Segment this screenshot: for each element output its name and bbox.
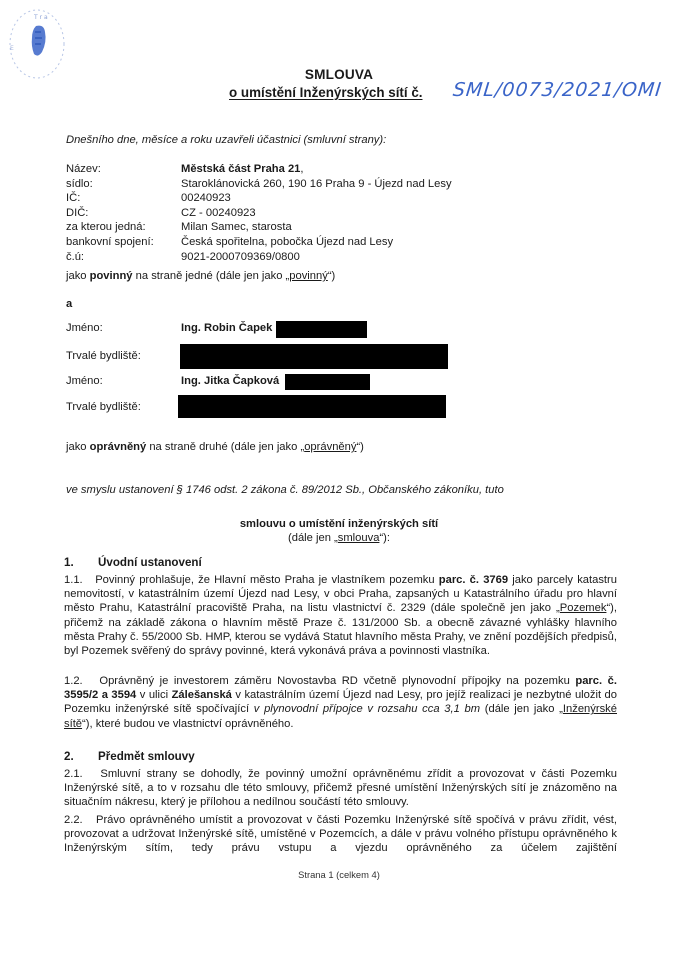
person-1-name: Ing. Robin Čapek	[181, 322, 272, 334]
document-subtitle-row: o umístění Inženýrských sítí č. SML/0073…	[229, 85, 422, 100]
field-label: sídlo:	[66, 177, 181, 192]
svg-text:E: E	[10, 45, 14, 52]
paragraph-number: 2.1.	[64, 768, 83, 780]
section-number: 1.	[64, 556, 98, 569]
obligor-row-bank: bankovní spojení: Česká spořitelna, pobo…	[66, 235, 452, 250]
text: Oprávněný je investorem záměru Novostavb…	[99, 675, 575, 687]
contract-number-handwritten: SML/0073/2021/OMI	[452, 79, 663, 101]
obligor-role-line: jako povinný na straně jedné (dále jen j…	[66, 270, 335, 282]
field-value: 00240923	[181, 191, 231, 206]
paragraph-number: 1.1.	[64, 574, 83, 586]
text: “), které budou ve vlastnictví oprávněné…	[82, 718, 293, 730]
obligor-details: Název: Městská část Praha 21, sídlo: Sta…	[66, 162, 452, 264]
person-1-name-label: Jméno:	[66, 322, 103, 334]
entitled-role-line: jako oprávněný na straně druhé (dále jen…	[66, 441, 364, 453]
obligor-row-dic: DIČ: CZ - 00240923	[66, 206, 452, 221]
text: “)	[328, 270, 335, 282]
redaction-block	[285, 374, 370, 390]
text: jako	[66, 270, 90, 282]
section-title: Předmět smlouvy	[98, 750, 195, 763]
paragraph-2-2: 2.2. Právo oprávněného umístit a provozo…	[64, 813, 617, 856]
text: Povinný prohlašuje, že Hlavní město Prah…	[95, 574, 439, 586]
section-1-heading: 1.Úvodní ustanovení	[64, 556, 202, 569]
defined-term: Pozemek	[560, 602, 607, 614]
text: (dále jen jako „	[480, 703, 563, 715]
text: “):	[379, 532, 390, 544]
section-2-heading: 2.Předmět smlouvy	[64, 750, 195, 763]
page-number: Strana 1 (celkem 4)	[0, 869, 678, 880]
parcel-number: parc. č. 3769	[439, 574, 508, 586]
obligor-name: Městská část Praha 21	[181, 163, 300, 175]
person-2-name-label: Jméno:	[66, 375, 103, 387]
defined-term: smlouva	[338, 532, 380, 544]
field-value: Česká spořitelna, pobočka Újezd nad Lesy	[181, 235, 393, 250]
field-label: DIČ:	[66, 206, 181, 221]
obligor-row-name: Název: Městská část Praha 21,	[66, 162, 452, 177]
document-subtitle: o umístění Inženýrských sítí č.	[229, 85, 422, 100]
defined-term: oprávněný	[304, 441, 356, 453]
redaction-block	[178, 395, 446, 418]
person-1-address-label: Trvalé bydliště:	[66, 350, 141, 362]
redaction-block	[276, 321, 367, 338]
svg-text:T r a: T r a	[33, 14, 48, 21]
field-value: 9021-2000709369/0800	[181, 250, 300, 265]
field-value: Milan Samec, starosta	[181, 220, 292, 235]
legal-basis: ve smyslu ustanovení § 1746 odst. 2 záko…	[66, 484, 504, 496]
intro-text: Dnešního dne, měsíce a roku uzavřeli úča…	[66, 134, 386, 146]
paragraph-2-1: 2.1. Smluvní strany se dohodly, že povin…	[64, 767, 617, 810]
text: na straně druhé (dále jen jako	[146, 441, 300, 453]
field-value: CZ - 00240923	[181, 206, 256, 221]
text: Smluvní strany se dohodly, že povinný um…	[64, 768, 617, 808]
field-label: IČ:	[66, 191, 181, 206]
redaction-block	[180, 344, 448, 369]
contract-heading-definition: (dále jen „smlouva“):	[0, 532, 678, 544]
section-title: Úvodní ustanovení	[98, 556, 202, 569]
defined-term: povinný	[289, 270, 328, 282]
field-value: Staroklánovická 260, 190 16 Praha 9 - Új…	[181, 177, 452, 192]
section-number: 2.	[64, 750, 98, 763]
obligor-row-representative: za kterou jedná: Milan Samec, starosta	[66, 220, 452, 235]
paragraph-number: 2.2.	[64, 814, 83, 826]
text: (dále jen	[288, 532, 334, 544]
punctuation: ,	[300, 163, 303, 175]
text: na straně jedné (dále jen jako	[133, 270, 286, 282]
person-2-name: Ing. Jitka Čapková	[181, 375, 279, 387]
paragraph-number: 1.2.	[64, 675, 83, 687]
text: v ulici	[136, 689, 171, 701]
field-label: č.ú:	[66, 250, 181, 265]
field-label: za kterou jedná:	[66, 220, 181, 235]
obligor-row-seat: sídlo: Staroklánovická 260, 190 16 Praha…	[66, 177, 452, 192]
text: Právo oprávněného umístit a provozovat v…	[64, 814, 617, 854]
obligor-row-ic: IČ: 00240923	[66, 191, 452, 206]
network-scope: v plynovodní přípojce v rozsahu cca 3,1 …	[254, 703, 480, 715]
field-value: Městská část Praha 21,	[181, 162, 304, 177]
obligor-row-account: č.ú: 9021-2000709369/0800	[66, 250, 452, 265]
text: jako	[66, 441, 90, 453]
paragraph-1-2: 1.2. Oprávněný je investorem záměru Novo…	[64, 674, 617, 731]
street-name: Zálešanská	[172, 689, 232, 701]
field-label: Název:	[66, 162, 181, 177]
role-term: povinný	[90, 270, 133, 282]
role-term: oprávněný	[90, 441, 147, 453]
person-2-address-label: Trvalé bydliště:	[66, 401, 141, 413]
text: “)	[356, 441, 363, 453]
contract-heading: smlouvu o umístění inženýrských sítí	[0, 518, 678, 530]
field-label: bankovní spojení:	[66, 235, 181, 250]
conjunction-and: a	[66, 298, 72, 310]
paragraph-1-1: 1.1. Povinný prohlašuje, že Hlavní město…	[64, 573, 617, 658]
